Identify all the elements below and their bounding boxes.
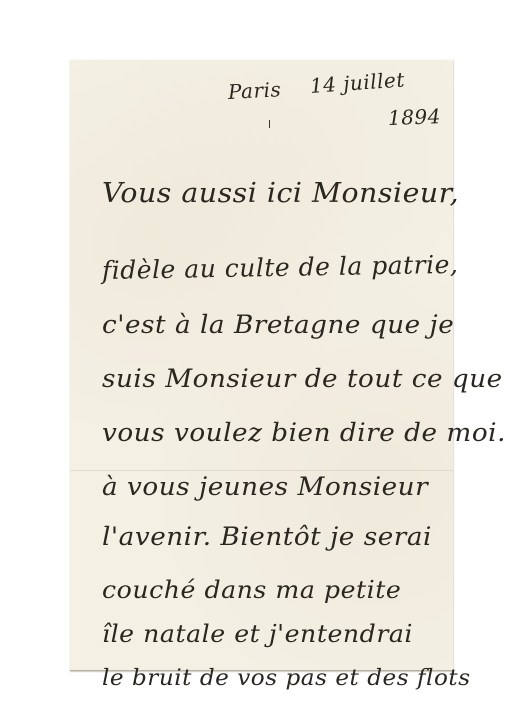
letter-line: île natale et j'entendrai	[102, 620, 413, 648]
ink-mark	[269, 120, 270, 128]
letter-line: fidèle au culte de la patrie,	[102, 250, 459, 285]
letter-line: couché dans ma petite	[102, 576, 401, 604]
letter-year: 1894	[388, 104, 442, 130]
letter-line: Vous aussi ici Monsieur,	[102, 178, 459, 209]
letter-line: à vous jeunes Monsieur	[102, 472, 428, 501]
letter-place: Paris	[227, 77, 281, 104]
letter-line: c'est à la Bretagne que je	[102, 310, 454, 339]
letter-paper: Paris 14 juillet 1894 Vous aussi ici Mon…	[70, 60, 453, 671]
letter-line: le bruit de vos pas et des flots	[102, 666, 471, 691]
letter-date: 14 juillet	[309, 67, 405, 98]
paper-fold-line	[70, 470, 453, 471]
letter-line: vous voulez bien dire de moi.	[102, 418, 506, 447]
letter-line: suis Monsieur de tout ce que	[102, 364, 503, 393]
letter-line: l'avenir. Bientôt je serai	[102, 522, 432, 551]
